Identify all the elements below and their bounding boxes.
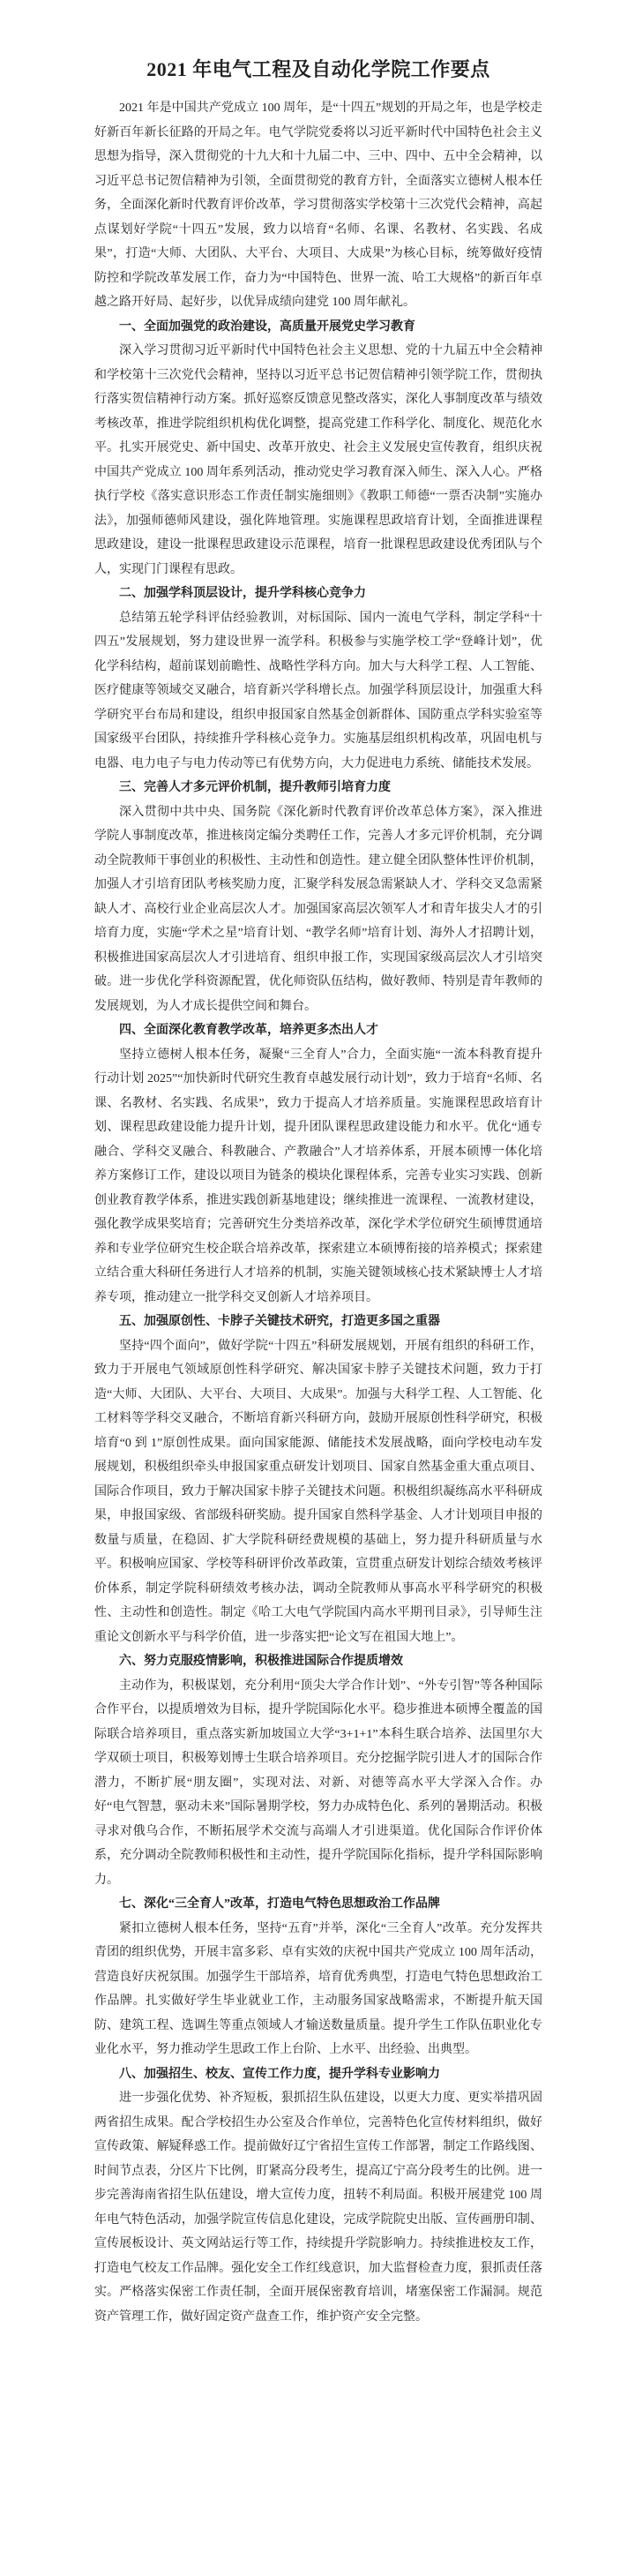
section-3-body: 深入贯彻中共中央、国务院《深化新时代教育评价改革总体方案》，深入推进学院人事制度…: [94, 800, 542, 1019]
document-page: 2021 年电气工程及自动化学院工作要点 2021 年是中国共产党成立 100 …: [0, 0, 635, 2576]
section-8-body: 进一步强化优势、补齐短板，狠抓招生队伍建设，以更大力度、更实举措巩固两省招生成果…: [94, 2086, 542, 2329]
section-5-body: 坚持“四个面向”，做好学院“十四五”科研发展规划，开展有组织的科研工作，致力于开…: [94, 1334, 542, 1650]
section-2-body: 总结第五轮学科评估经验教训，对标国际、国内一流电气学科，制定学科“十四五”发展规…: [94, 606, 542, 777]
intro-paragraph: 2021 年是中国共产党成立 100 周年，是“十四五”规划的开局之年，也是学校…: [94, 96, 542, 315]
section-6-heading: 六、努力克服疫情影响，积极推进国际合作提质增效: [94, 1649, 542, 1674]
document-title: 2021 年电气工程及自动化学院工作要点: [94, 56, 542, 83]
section-4-heading: 四、全面深化教育教学改革，培养更多杰出人才: [94, 1018, 542, 1043]
section-5-heading: 五、加强原创性、卡脖子关键技术研究，打造更多国之重器: [94, 1310, 542, 1334]
section-1-heading: 一、全面加强党的政治建设，高质量开展党史学习教育: [94, 315, 542, 340]
section-8-heading: 八、加强招生、校友、宣传工作力度，提升学科专业影响力: [94, 2062, 542, 2087]
section-3-heading: 三、完善人才多元评价机制，提升教师引培育力度: [94, 776, 542, 800]
section-7-heading: 七、深化“三全育人”改革，打造电气特色思想政治工作品牌: [94, 1892, 542, 1917]
section-7-body: 紧扣立德树人根本任务，坚持“五育”并举，深化“三全育人”改革。充分发挥共青团的组…: [94, 1917, 542, 2062]
section-2-heading: 二、加强学科顶层设计，提升学科核心竞争力: [94, 582, 542, 606]
section-4-body: 坚持立德树人根本任务，凝聚“三全育人”合力，全面实施“一流本科教育提升行动计划 …: [94, 1043, 542, 1311]
section-1-body: 深入学习贯彻习近平新时代中国特色社会主义思想、党的十九届五中全会精神和学校第十三…: [94, 339, 542, 582]
section-6-body: 主动作为，积极谋划，充分利用“顶尖大学合作计划”、“外专引智”等各种国际合作平台…: [94, 1674, 542, 1893]
